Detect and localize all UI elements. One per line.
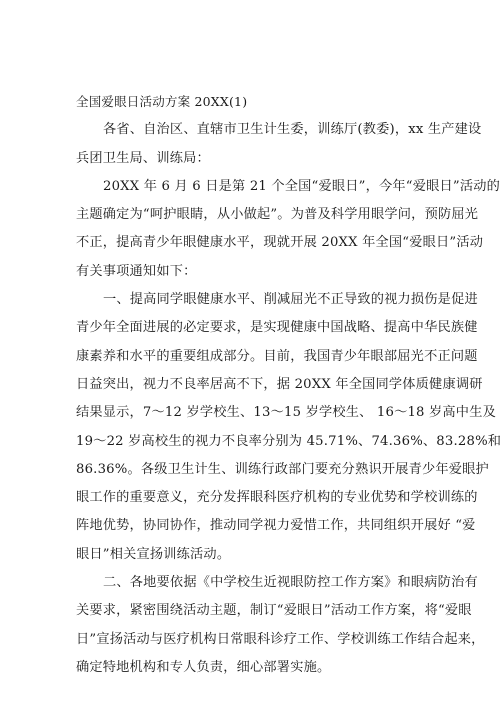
text-line: 青少年全面进展的必定要求，是实现健康中国战略、提高中华民族健 bbox=[76, 314, 438, 342]
text-line: 日益突出，视力不良率居高不下，据 20XX 年全国同学体质健康调研 bbox=[76, 371, 438, 399]
text-line: 19～22 岁高校生的视力不良率分别为 45.71%、74.36%、83.28%… bbox=[76, 428, 438, 456]
text-line: 眼日”相关宣扬训练活动。 bbox=[76, 541, 438, 569]
text-line: 各省、自治区、直辖市卫生计生委，训练厅(教委)，xx 生产建设 bbox=[76, 116, 438, 144]
text-line: 阵地优势，协同协作，推动同学视力爱惜工作，共同组织开展好 “爱 bbox=[76, 512, 438, 540]
text-line: 兵团卫生局、训练局： bbox=[76, 145, 438, 173]
text-line: 关要求，紧密围绕活动主题，制订“爱眼日”活动工作方案，将“爱眼 bbox=[76, 597, 438, 625]
document-page: 全国爱眼日活动方案 20XX(1) 各省、自治区、直辖市卫生计生委，训练厅(教委… bbox=[76, 88, 438, 682]
text-line: 一、提高同学眼健康水平、削减屈光不正导致的视力损伤是促进 bbox=[76, 286, 438, 314]
text-line: 结果显示，7～12 岁学校生、13～15 岁学校生、 16～18 岁高中生及 bbox=[76, 399, 438, 427]
text-line: 86.36%。各级卫生计生、训练行政部门要充分熟识开展青少年爱眼护 bbox=[76, 456, 438, 484]
text-line: 眼工作的重要意义，充分发挥眼科医疗机构的专业优势和学校训练的 bbox=[76, 484, 438, 512]
document-title: 全国爱眼日活动方案 20XX(1) bbox=[76, 88, 438, 116]
text-line: 确定特地机构和专人负责，细心部署实施。 bbox=[76, 654, 438, 682]
text-line: 有关事项通知如下： bbox=[76, 258, 438, 286]
text-line: 20XX 年 6 月 6 日是第 21 个全国“爱眼日”，今年“爱眼日”活动的 bbox=[76, 173, 438, 201]
text-line: 不正，提高青少年眼健康水平，现就开展 20XX 年全国“爱眼日”活动 bbox=[76, 229, 438, 257]
text-line: 主题确定为“呵护眼睛，从小做起”。为普及科学用眼学问，预防屈光 bbox=[76, 201, 438, 229]
text-line: 康素养和水平的重要组成部分。目前，我国青少年眼部屈光不正问题 bbox=[76, 343, 438, 371]
text-line: 日”宣扬活动与医疗机构日常眼科诊疗工作、学校训练工作结合起来， bbox=[76, 626, 438, 654]
text-line: 二、各地要依据《中学校生近视眼防控工作方案》和眼病防治有 bbox=[76, 569, 438, 597]
